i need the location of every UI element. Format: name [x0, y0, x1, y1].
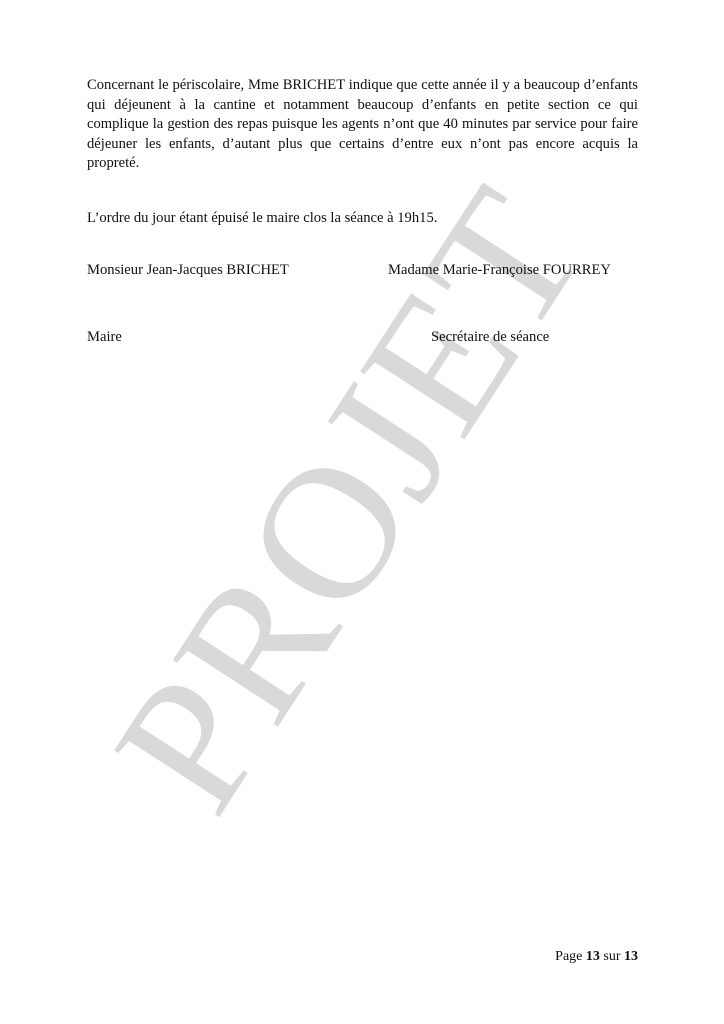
- signatory-right-role: Secrétaire de séance: [431, 329, 549, 346]
- signatory-right-name: Madame Marie-Françoise FOURREY: [388, 262, 611, 279]
- page-separator: sur: [603, 949, 620, 964]
- page-total: 13: [624, 949, 638, 964]
- document-page: PROJET Concernant le périscolaire, Mme B…: [0, 0, 724, 1024]
- signatory-left-role: Maire: [87, 329, 122, 346]
- page-label: Page: [555, 949, 582, 964]
- periscolaire-paragraph: Concernant le périscolaire, Mme BRICHET …: [87, 76, 638, 174]
- closing-statement: L’ordre du jour étant épuisé le maire cl…: [87, 210, 437, 227]
- signatory-left-name: Monsieur Jean-Jacques BRICHET: [87, 262, 289, 279]
- page-current: 13: [586, 949, 600, 964]
- page-footer: Page 13 sur 13: [555, 949, 638, 965]
